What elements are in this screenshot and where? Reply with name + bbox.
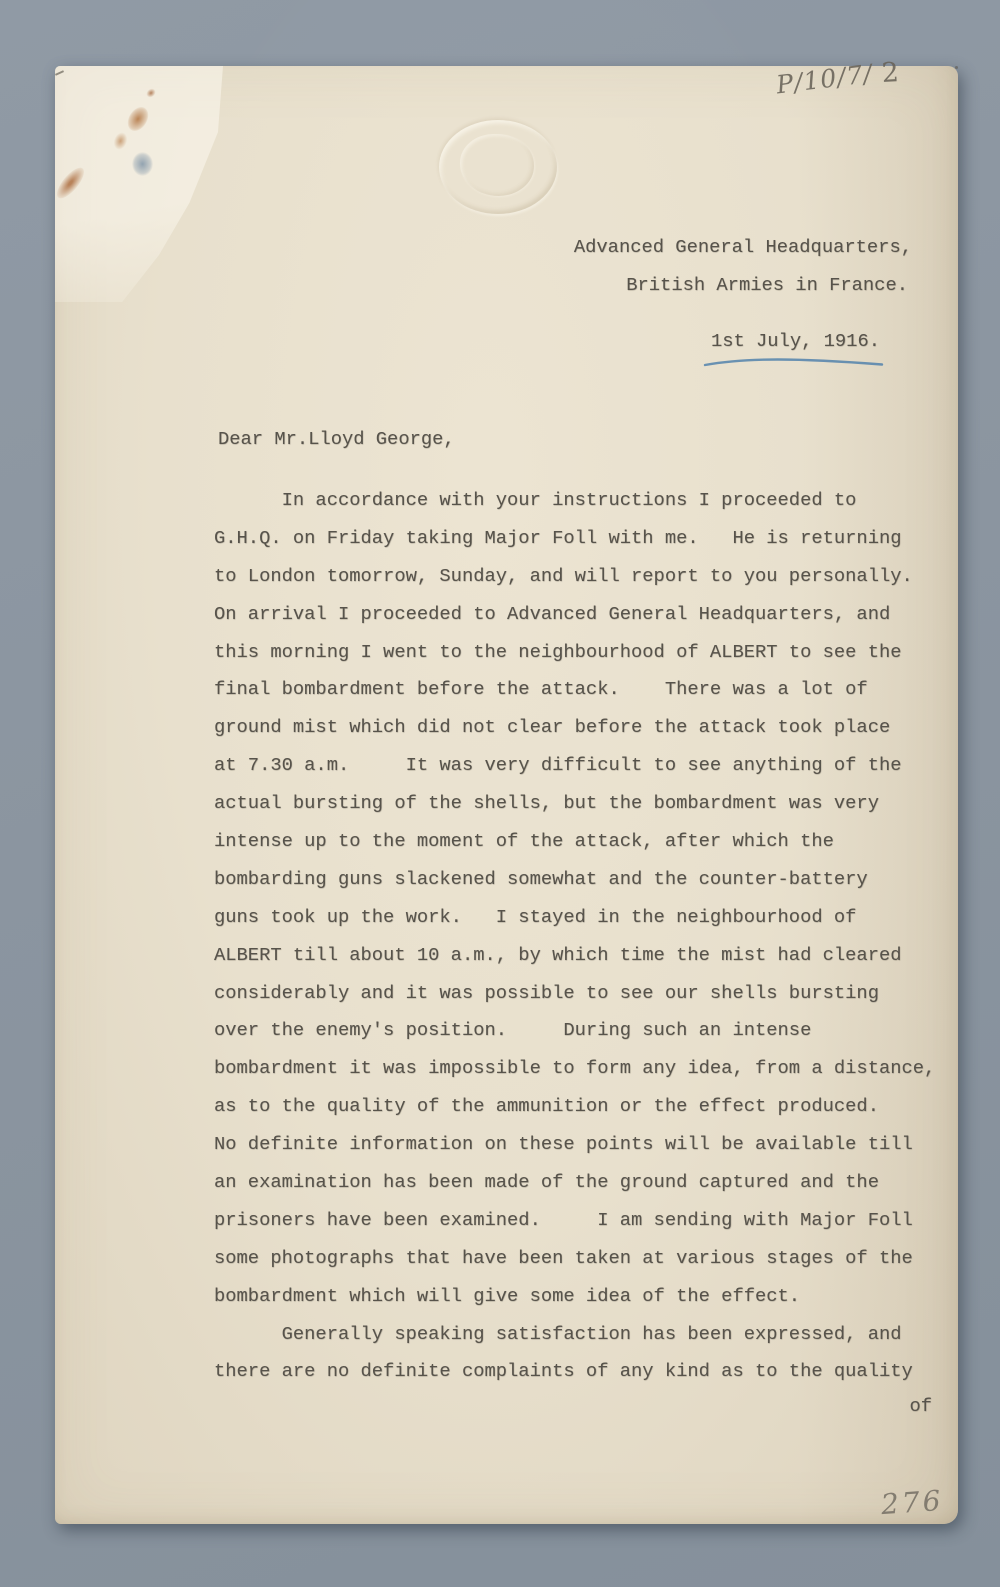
letter-date: 1st July, 1916. [711,330,880,352]
letter-line: this morning I went to the neighbourhood… [214,634,935,672]
letter-line: Generally speaking satisfaction has been… [214,1316,935,1354]
letter-line: On arrival I proceeded to Advanced Gener… [214,596,935,634]
letter-line: to London tomorrow, Sunday, and will rep… [214,558,935,596]
letter-line: guns took up the work. I stayed in the n… [214,899,935,937]
letter-line: there are no definite complaints of any … [214,1353,935,1391]
letter-line: No definite information on these points … [214,1126,935,1164]
letter-line: ground mist which did not clear before t… [214,709,935,747]
letter-line: some photographs that have been taken at… [214,1240,935,1278]
letter-line: actual bursting of the shells, but the b… [214,785,935,823]
letter-line: an examination has been made of the grou… [214,1164,935,1202]
file-reference-text: P/10/7/ [775,59,875,100]
letter-line: prisoners have been examined. I am sendi… [214,1202,935,1240]
letter-line: final bombardment before the attack. The… [214,671,935,709]
letter-line: bombardment which will give some idea of… [214,1278,935,1316]
date-underline-ink-stroke [702,354,886,370]
file-reference-annotation: P/10/7/2 [775,55,902,101]
ink-dot-stain [132,152,153,176]
letterhead-address-line-2: British Armies in France. [626,274,908,296]
letter-line: bombardment it was impossible to form an… [214,1050,935,1088]
royal-crest-embossed-icon [439,120,557,214]
letter-line: considerably and it was possible to see … [214,975,935,1013]
letter-page: P/10/7/2 Advanced General Headquarters, … [55,66,958,1524]
letter-line: G.H.Q. on Friday taking Major Foll with … [214,520,935,558]
letter-line: bombarding guns slackened somewhat and t… [214,861,935,899]
salutation: Dear Mr.Lloyd George, [218,428,455,450]
letter-line: ALBERT till about 10 a.m., by which time… [214,937,935,975]
paper-peel-patch [55,66,223,302]
letterhead-address-line-1: Advanced General Headquarters, [574,236,912,258]
letter-line: at 7.30 a.m. It was very difficult to se… [214,747,935,785]
file-reference-number: 2 [881,57,901,89]
letter-line: over the enemy's position. During such a… [214,1012,935,1050]
letter-line: as to the quality of the ammunition or t… [214,1088,935,1126]
letter-line: intense up to the moment of the attack, … [214,823,935,861]
letter-body: In accordance with your instructions I p… [214,482,935,1391]
letter-line: In accordance with your instructions I p… [214,482,935,520]
catchword: of [909,1395,932,1417]
page-number-annotation: 276 [880,1484,945,1521]
